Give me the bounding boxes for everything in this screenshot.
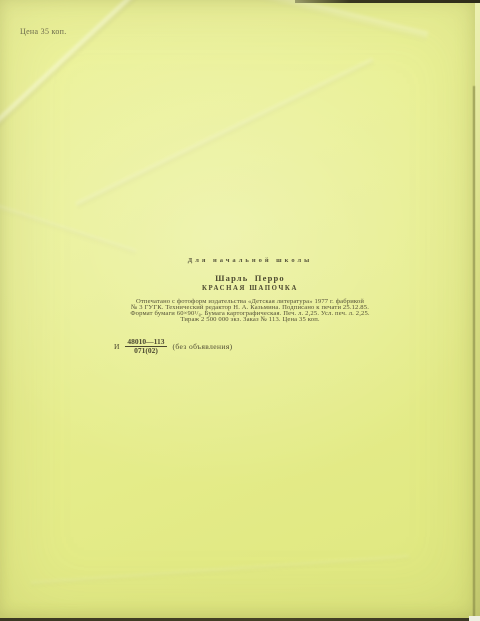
fraction-denominator: 071(02) xyxy=(125,347,166,355)
formula-fraction: 48010—113 071(02) xyxy=(125,338,166,355)
author-name: Шарль Перро xyxy=(90,273,410,283)
price-note: Цена 35 коп. xyxy=(20,27,67,36)
paper-crease xyxy=(30,555,409,586)
book-title: КРАСНАЯ ШАПОЧКА xyxy=(90,285,410,292)
colophon-line: Тираж 2 500 000 экз. Заказ № 113. Цена 3… xyxy=(90,317,410,323)
audience-line: Для начальной школы xyxy=(90,257,410,264)
scan-right-strip xyxy=(475,0,480,621)
formula-suffix: (без объявления) xyxy=(173,342,233,351)
book-info-block: Для начальной школы Шарль Перро КРАСНАЯ … xyxy=(90,257,410,355)
colophon: Отпечатано с фотоформ издательства «Детс… xyxy=(90,299,410,323)
paper-right-edge xyxy=(473,86,475,618)
paper-crease xyxy=(251,0,428,42)
paper-crease xyxy=(0,200,137,254)
formula-prefix: И xyxy=(114,342,119,351)
index-formula: И 48010—113 071(02) (без объявления) xyxy=(90,338,410,355)
paper-crease xyxy=(0,0,153,133)
scan-corner-notch xyxy=(469,616,480,621)
book-back-cover-scan: Цена 35 коп. Для начальной школы Шарль П… xyxy=(0,0,480,621)
paper-crease xyxy=(75,58,374,208)
scan-top-edge xyxy=(295,0,480,3)
